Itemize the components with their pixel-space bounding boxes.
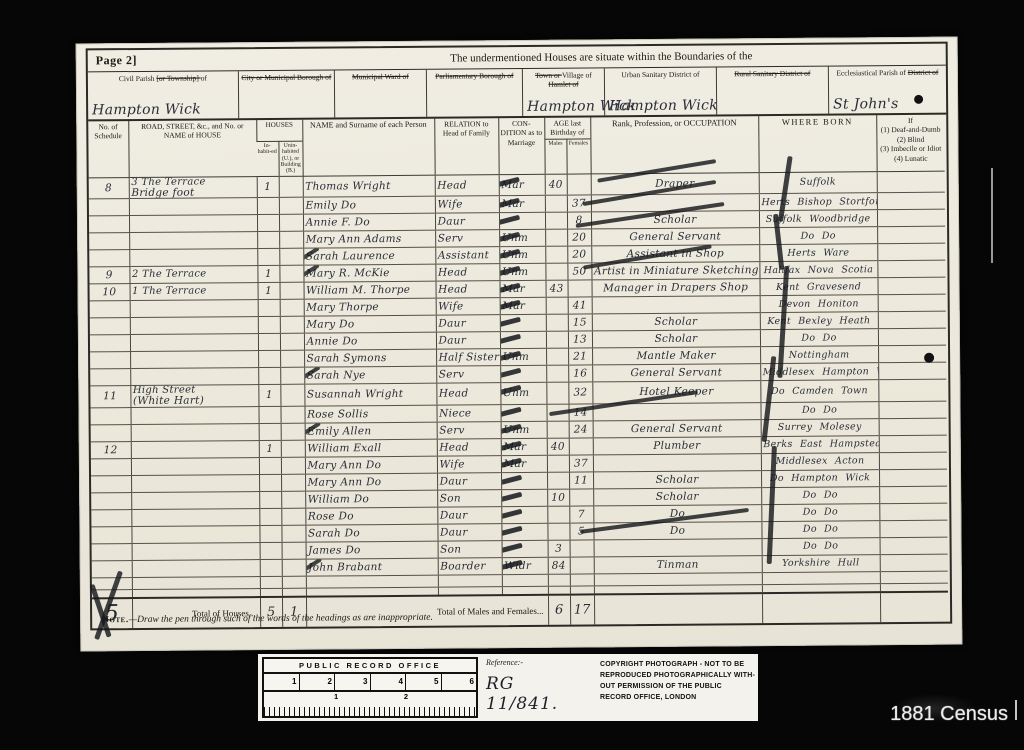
cell-schedule xyxy=(91,424,131,441)
cell-relation: Niece xyxy=(436,404,500,422)
cell-occupation xyxy=(591,194,759,212)
cell-occupation: Scholar xyxy=(592,313,760,331)
cell-infirmity xyxy=(878,345,946,363)
cell-where-born: Yorkshire Hull xyxy=(762,554,880,572)
cell-address xyxy=(130,351,258,369)
cell-uninhabited xyxy=(280,406,304,423)
cell-age-male: 40 xyxy=(545,174,567,196)
cell-name: Sarah Laurence xyxy=(303,247,435,265)
cell-inhabited xyxy=(259,525,281,542)
cell-address: 2 The Terrace xyxy=(129,266,257,284)
cell-condition xyxy=(500,331,546,348)
cell-uninhabited xyxy=(279,176,303,198)
census-table: No. of Schedule ROAD, STREET, &c., and N… xyxy=(88,115,948,629)
cell-inhabited xyxy=(257,232,279,249)
cell-age-female: 20 xyxy=(567,229,591,246)
cell-age-male xyxy=(545,263,567,280)
cell-uninhabited xyxy=(281,508,305,525)
col-houses-group: HOUSES xyxy=(256,120,302,142)
cell-age-female: 13 xyxy=(568,331,592,348)
cell-relation: Daur xyxy=(436,332,500,350)
cell-age-male xyxy=(546,331,568,348)
cell-where-born: Do Do xyxy=(759,227,877,245)
cell-inhabited xyxy=(258,334,280,351)
cell-uninhabited xyxy=(280,367,304,384)
cell-where-born: Halifax Nova Scotia xyxy=(759,261,877,279)
cell-name: James Do xyxy=(306,541,438,559)
cell-condition: Mar xyxy=(500,297,546,314)
cell-infirmity xyxy=(878,401,946,419)
cell-address xyxy=(132,542,260,560)
cell-where-born: Do Hampton Wick xyxy=(761,469,879,487)
cell-uninhabited xyxy=(282,559,306,576)
cell-occupation: General Servant xyxy=(592,364,760,382)
reference-number: RG 11/841. xyxy=(486,674,590,714)
cell-relation: Wife xyxy=(436,298,500,316)
cell-age-female: 16 xyxy=(568,365,592,382)
cell-occupation: Assistant in Shop xyxy=(591,245,759,263)
cell-inhabited xyxy=(258,368,280,385)
cell-condition xyxy=(502,540,548,557)
cell-inhabited xyxy=(258,317,280,334)
cell-age-female xyxy=(569,438,593,455)
col-females: Females xyxy=(566,139,590,174)
cell-infirmity xyxy=(878,362,946,380)
col-condition: CON-DITION as to Marriage xyxy=(498,118,544,174)
cell-age-female xyxy=(570,540,594,557)
caption-1881-census: 1881 Census xyxy=(890,703,1008,726)
ink-blot xyxy=(924,353,934,363)
cell-infirmity xyxy=(877,171,945,193)
cell-where-born: Kent Gravesend xyxy=(760,278,878,296)
cell-where-born: Surrey Molesey xyxy=(761,418,879,436)
cell-age-male xyxy=(547,472,569,489)
cell-occupation xyxy=(593,453,761,471)
cell-condition xyxy=(500,314,546,331)
cell-infirmity xyxy=(879,503,947,521)
cell-where-born: Devon Honiton xyxy=(760,295,878,313)
cell-occupation: Draper xyxy=(591,172,759,195)
cell-age-female: 24 xyxy=(569,421,593,438)
total-males: 6 xyxy=(548,595,570,625)
cell-infirmity xyxy=(878,328,946,346)
census-form: Page 2] The undermentioned Houses are si… xyxy=(86,42,953,631)
cell-inhabited xyxy=(260,559,282,576)
cell-inhabited xyxy=(257,215,279,232)
cell-name: William M. Thorpe xyxy=(304,281,436,299)
cell-name: Rose Sollis xyxy=(304,405,436,423)
cell-name: Sarah Nye xyxy=(304,366,436,384)
district-field-value: St John's xyxy=(833,96,899,113)
district-field: City or Municipal Borough of xyxy=(238,70,334,118)
cell-age-female: 7 xyxy=(569,506,593,523)
cell-name: William Exall xyxy=(305,439,437,457)
cell-schedule: 9 xyxy=(89,267,129,284)
reference-section: Reference:- RG 11/841. xyxy=(478,654,590,721)
cell-name: John Brabant xyxy=(306,558,438,576)
cell-age-female: 32 xyxy=(568,382,592,404)
col-males: Males xyxy=(544,139,566,174)
cell-inhabited xyxy=(259,491,281,508)
cell-uninhabited xyxy=(281,457,305,474)
cell-relation: Head xyxy=(435,174,499,196)
cell-uninhabited xyxy=(280,350,304,367)
cell-age-male xyxy=(547,421,569,438)
cell-age-male: 84 xyxy=(548,557,570,574)
cell-condition: Unm xyxy=(499,246,545,263)
cell-occupation xyxy=(594,538,762,556)
cell-where-born: Do Do xyxy=(762,537,880,555)
district-field: Rural Sanitary District of xyxy=(716,67,828,115)
cell-where-born: Do Do xyxy=(761,503,879,521)
film-scratch xyxy=(1015,700,1017,720)
cell-relation: Boarder xyxy=(438,557,502,575)
cell-age-male xyxy=(546,314,568,331)
cell-uninhabited xyxy=(279,197,303,214)
ruler-inches: 12 34 56 xyxy=(264,674,476,692)
cell-occupation xyxy=(593,402,761,420)
cell-condition xyxy=(501,489,547,506)
cell-condition: Unm xyxy=(499,229,545,246)
cell-infirmity xyxy=(878,277,946,295)
cell-uninhabited xyxy=(280,299,304,316)
cell-schedule xyxy=(90,352,130,369)
cell-address: High Street(White Hart) xyxy=(130,385,258,408)
cell-name: Sarah Symons xyxy=(304,349,436,367)
cell-uninhabited xyxy=(281,474,305,491)
cell-address xyxy=(131,525,259,543)
cell-inhabited: 1 xyxy=(259,440,281,457)
cell-age-female: 37 xyxy=(569,455,593,472)
cell-name: Susannah Wright xyxy=(304,383,436,406)
cell-relation: Daur xyxy=(435,213,499,231)
cell-condition xyxy=(500,365,546,382)
boundary-statement: The undermentioned Houses are situate wi… xyxy=(137,48,946,66)
cell-schedule xyxy=(89,216,129,233)
cell-occupation: Scholar xyxy=(593,470,761,488)
cell-name: Thomas Wright xyxy=(303,175,435,198)
cell-occupation: Mantle Maker xyxy=(592,347,760,365)
col-name: NAME and Surname of each Person xyxy=(302,119,434,176)
cell-name: Mary R. McKie xyxy=(303,264,435,282)
district-header: Civil Parish [or Township] of Hampton Wi… xyxy=(88,66,946,122)
cell-age-female: 50 xyxy=(567,263,591,280)
cell-name: Mary Ann Adams xyxy=(303,230,435,248)
cell-age-male xyxy=(545,229,567,246)
cell-age-female xyxy=(569,489,593,506)
cell-address xyxy=(130,368,258,386)
cell-relation: Wife xyxy=(435,196,499,214)
cell-condition xyxy=(501,506,547,523)
pro-title: PUBLIC RECORD OFFICE xyxy=(264,659,476,674)
cell-address xyxy=(131,508,259,526)
district-field-value: Hampton Wick xyxy=(609,97,718,114)
col-uninhabited: Unin-habited (U.), or Building (B.) xyxy=(278,141,302,176)
cell-schedule xyxy=(89,199,129,216)
pro-stamp-strip: PUBLIC RECORD OFFICE 12 34 56 1 2 Refere… xyxy=(258,654,758,721)
cell-infirmity xyxy=(878,379,946,401)
cell-condition xyxy=(501,472,547,489)
cell-inhabited xyxy=(258,406,280,423)
cell-schedule xyxy=(91,458,131,475)
cell-relation: Head xyxy=(436,383,500,405)
cell-occupation xyxy=(592,296,760,314)
cell-relation: Daur xyxy=(437,506,501,524)
cell-age-female: 41 xyxy=(568,297,592,314)
cell-infirmity xyxy=(877,260,945,278)
cell-condition xyxy=(499,212,545,229)
cell-age-female: 37 xyxy=(567,195,591,212)
cell-age-female: 8 xyxy=(567,212,591,229)
district-field-value: Hampton Wick xyxy=(92,101,201,118)
cell-age-female xyxy=(568,280,592,297)
col-schedule: No. of Schedule xyxy=(88,121,128,177)
cell-address xyxy=(130,406,258,424)
cell-age-male xyxy=(545,212,567,229)
cell-infirmity xyxy=(877,209,945,227)
cell-age-male xyxy=(546,365,568,382)
cell-age-male xyxy=(547,523,569,540)
cell-relation: Serv xyxy=(435,230,499,248)
cell-condition: Mar xyxy=(501,455,547,472)
cell-condition: Mar xyxy=(499,174,545,196)
cell-name: Mary Ann Do xyxy=(305,456,437,474)
cell-inhabited xyxy=(259,508,281,525)
cell-occupation: Hotel Keeper xyxy=(592,381,760,404)
cell-age-female: 11 xyxy=(569,472,593,489)
cell-name: Rose Do xyxy=(305,507,437,525)
cell-address xyxy=(131,491,259,509)
cell-age-female: 21 xyxy=(568,348,592,365)
reference-label: Reference:- xyxy=(486,658,590,667)
cell-where-born: Do Camden Town xyxy=(760,380,878,402)
cell-address xyxy=(130,334,258,352)
cell-condition: Unm xyxy=(500,382,546,404)
cell-infirmity xyxy=(879,486,947,504)
cell-uninhabited xyxy=(282,542,306,559)
cell-where-born: Do Do xyxy=(761,520,879,538)
cell-relation: Serv xyxy=(436,366,500,384)
cell-where-born: Suffolk xyxy=(759,171,877,193)
cell-name: Mary Do xyxy=(304,315,436,333)
cell-inhabited xyxy=(257,198,279,215)
cell-occupation: Scholar xyxy=(593,487,761,505)
cell-where-born: Do Do xyxy=(761,486,879,504)
cell-schedule xyxy=(91,509,131,526)
cell-infirmity xyxy=(880,537,948,555)
cell-infirmity xyxy=(879,469,947,487)
cell-condition: Mar xyxy=(501,438,547,455)
census-page-scan: Page 2] The undermentioned Houses are si… xyxy=(76,37,963,652)
cell-age-male xyxy=(547,455,569,472)
cell-relation: Daur xyxy=(437,523,501,541)
cell-condition xyxy=(500,404,546,421)
cell-age-male xyxy=(547,506,569,523)
cell-condition: Widr xyxy=(502,557,548,574)
cell-age-male xyxy=(546,348,568,365)
cell-where-born: Suffolk Woodbridge xyxy=(759,210,877,228)
cell-schedule: 8 xyxy=(89,177,129,199)
cell-where-born: Nottingham xyxy=(760,346,878,364)
cell-name: Mary Ann Do xyxy=(305,473,437,491)
cell-address xyxy=(131,423,259,441)
cell-address xyxy=(129,232,257,250)
ruler-fine-scale: 1 2 xyxy=(264,692,476,716)
cell-age-female: 15 xyxy=(568,314,592,331)
cell-schedule xyxy=(92,543,132,560)
cell-relation: Head xyxy=(436,281,500,299)
cell-inhabited xyxy=(260,542,282,559)
col-relation: RELATION to Head of Family xyxy=(434,118,498,175)
cell-occupation: General Servant xyxy=(591,228,759,246)
cell-infirmity xyxy=(880,554,948,572)
cell-relation: Serv xyxy=(437,421,501,439)
cell-inhabited xyxy=(259,457,281,474)
cell-occupation: Scholar xyxy=(591,211,759,229)
cell-inhabited: 1 xyxy=(257,266,279,283)
cell-where-born: Kent Bexley Heath xyxy=(760,312,878,330)
cell-schedule xyxy=(92,560,132,577)
cell-schedule xyxy=(90,335,130,352)
cell-uninhabited xyxy=(281,491,305,508)
cell-age-female: 20 xyxy=(567,246,591,263)
cell-inhabited: 1 xyxy=(258,283,280,300)
cell-schedule: 12 xyxy=(91,441,131,458)
cell-schedule xyxy=(89,233,129,250)
cell-schedule xyxy=(89,250,129,267)
cell-name: Emily Do xyxy=(303,196,435,214)
cell-inhabited xyxy=(257,249,279,266)
cell-name: Annie Do xyxy=(304,332,436,350)
cell-age-male xyxy=(546,297,568,314)
district-field: Urban Sanitary District of Hampton Wick xyxy=(604,67,716,115)
cell-uninhabited xyxy=(281,440,305,457)
cell-infirmity xyxy=(878,294,946,312)
cell-relation: Wife xyxy=(437,455,501,473)
cell-uninhabited xyxy=(280,282,304,299)
cell-uninhabited xyxy=(281,423,305,440)
cell-age-male xyxy=(545,246,567,263)
cell-uninhabited xyxy=(279,231,303,248)
cell-where-born: Middlesex Hampton Wick xyxy=(760,363,878,381)
ink-blot xyxy=(914,95,923,104)
cell-inhabited xyxy=(258,300,280,317)
cell-occupation: Scholar xyxy=(592,330,760,348)
cell-inhabited xyxy=(259,423,281,440)
cell-infirmity xyxy=(879,435,947,453)
cell-age-male xyxy=(546,404,568,421)
cell-occupation: Tinman xyxy=(594,555,762,573)
cell-schedule: 10 xyxy=(90,284,130,301)
cell-condition: Unm xyxy=(500,348,546,365)
cell-address xyxy=(132,559,260,577)
cell-occupation: General Servant xyxy=(593,419,761,437)
cell-schedule xyxy=(90,318,130,335)
cell-where-born: Herts Ware xyxy=(759,244,877,262)
cell-age-male: 43 xyxy=(546,280,568,297)
cell-age-female: 5 xyxy=(569,523,593,540)
cell-uninhabited xyxy=(281,525,305,542)
cell-condition: Mar xyxy=(499,195,545,212)
cell-age-male: 10 xyxy=(547,489,569,506)
cell-address xyxy=(130,317,258,335)
cell-name: Sarah Do xyxy=(305,524,437,542)
cell-schedule xyxy=(90,301,130,318)
cell-age-female xyxy=(567,174,591,196)
cell-schedule xyxy=(91,526,131,543)
cell-infirmity xyxy=(879,452,947,470)
cell-schedule xyxy=(91,492,131,509)
cell-address xyxy=(131,474,259,492)
cell-infirmity xyxy=(877,226,945,244)
cell-schedule: 11 xyxy=(90,386,130,408)
cell-occupation: Do xyxy=(593,504,761,522)
cell-relation: Son xyxy=(438,540,502,558)
cell-uninhabited xyxy=(279,214,303,231)
cell-infirmity xyxy=(877,243,945,261)
pro-ruler-stamp: PUBLIC RECORD OFFICE 12 34 56 1 2 xyxy=(262,657,478,718)
cell-where-born: Middlesex Acton xyxy=(761,452,879,470)
cell-address: 3 The TerraceBridge foot xyxy=(129,176,257,199)
district-field: Parliamentary Borough of xyxy=(426,69,522,117)
cell-address xyxy=(129,249,257,267)
cell-infirmity xyxy=(879,418,947,436)
cell-uninhabited xyxy=(280,333,304,350)
cell-address xyxy=(130,300,258,318)
cell-age-male: 40 xyxy=(547,438,569,455)
col-occupation: Rank, Profession, or OCCUPATION xyxy=(590,116,758,173)
cell-condition xyxy=(501,523,547,540)
cell-relation: Half Sister xyxy=(436,349,500,367)
cell-where-born: Berks East Hampstead xyxy=(761,435,879,453)
page-number: Page 2] xyxy=(96,53,137,68)
cell-infirmity xyxy=(877,192,945,210)
cell-age-female: 14 xyxy=(568,404,592,421)
cell-uninhabited xyxy=(280,384,304,406)
cell-age-male xyxy=(545,195,567,212)
cell-schedule xyxy=(91,475,131,492)
col-where-born: WHERE BORN xyxy=(758,115,876,172)
cell-relation: Assistant xyxy=(435,247,499,265)
cell-uninhabited xyxy=(279,265,303,282)
cell-inhabited xyxy=(258,351,280,368)
cell-where-born: Herts Bishop Stortford xyxy=(759,193,877,211)
cell-condition: Unm xyxy=(501,421,547,438)
col-inhabited: In-habit-ed xyxy=(256,141,278,176)
cell-inhabited: 1 xyxy=(258,385,280,407)
district-field: Town or Village of Hamlet of Hampton Wic… xyxy=(522,68,604,116)
cell-occupation: Do xyxy=(593,521,761,539)
cell-inhabited: 1 xyxy=(257,176,279,198)
cell-relation: Head xyxy=(435,264,499,282)
col-road: ROAD, STREET, &c., and No. or NAME of HO… xyxy=(128,120,256,177)
film-scratch xyxy=(991,168,993,263)
cell-address: 1 The Terrace xyxy=(130,283,258,301)
cell-address xyxy=(131,457,259,475)
cell-schedule xyxy=(90,407,130,424)
cell-condition: Unm xyxy=(499,263,545,280)
cell-infirmity xyxy=(879,520,947,538)
cell-occupation: Artist in Miniature Sketching xyxy=(591,262,759,280)
cell-occupation: Manager in Drapers Shop xyxy=(592,279,760,297)
cell-age-female xyxy=(570,557,594,574)
cell-relation: Son xyxy=(437,489,501,507)
cell-inhabited xyxy=(259,474,281,491)
col-infirmity: If (1) Deaf-and-Dumb (2) Blind (3) Imbec… xyxy=(876,115,944,172)
total-females: 17 xyxy=(570,595,594,625)
cell-address xyxy=(131,440,259,458)
cell-uninhabited xyxy=(280,316,304,333)
